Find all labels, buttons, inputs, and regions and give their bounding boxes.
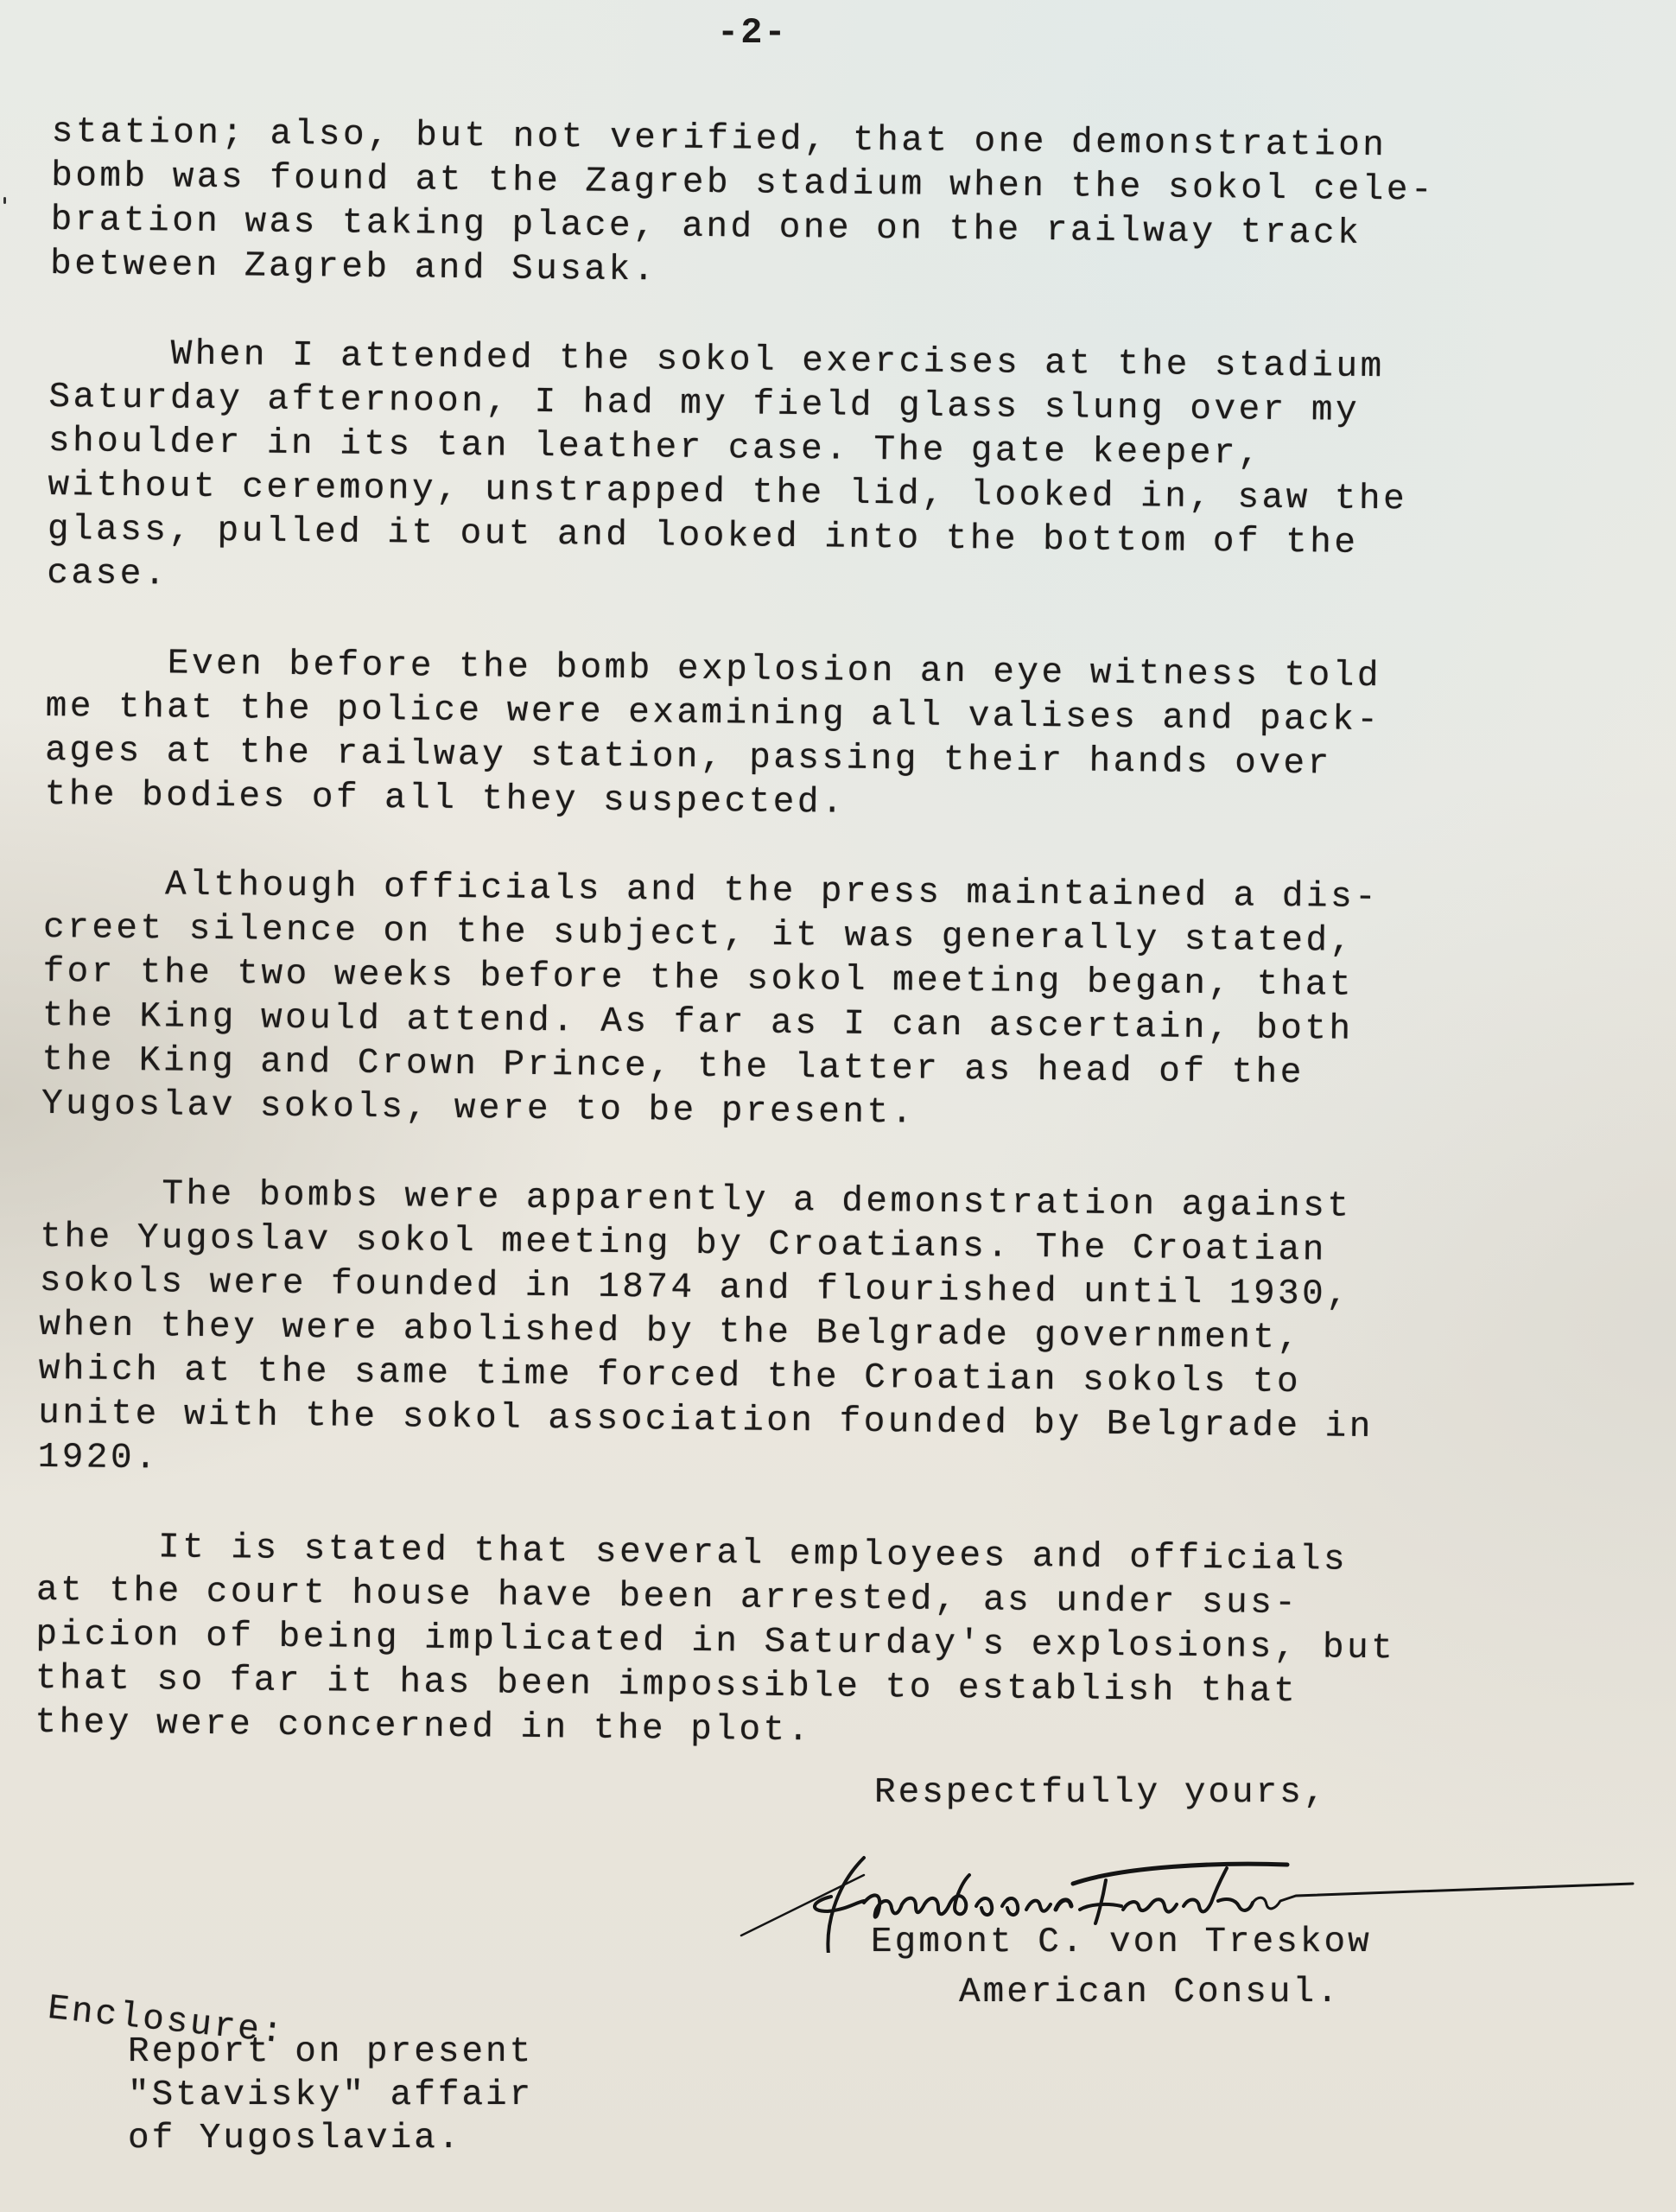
page-number: -2- (717, 12, 788, 54)
margin-mark (3, 197, 6, 204)
paragraph-2: When I attended the sokol exercises at t… (47, 332, 1552, 612)
enclosure-item: "Stavisky" affair (128, 2074, 533, 2117)
paragraph-5: The bombs were apparently a demonstratio… (37, 1172, 1544, 1496)
paragraph-3: Even before the bomb explosion an eye wi… (44, 641, 1549, 833)
signer-name: Egmont C. von Treskow (871, 1923, 1372, 1962)
enclosure-section: Enclosure: Report on present "Stavisky" … (50, 1987, 533, 2160)
paragraph-6: It is stated that several employees and … (35, 1525, 1540, 1761)
signer-title: American Consul. (959, 1973, 1341, 2012)
closing-salutation: Respectfully yours, (874, 1773, 1327, 1813)
paragraph-1: station; also, but not verified, that on… (50, 111, 1555, 302)
paragraph-4: Although officials and the press maintai… (41, 862, 1547, 1142)
enclosure-item: of Yugoslavia. (128, 2117, 533, 2160)
letter-body: station; also, but not verified, that on… (35, 111, 1555, 1806)
document-page: -2- station; also, but not verified, tha… (0, 0, 1676, 2212)
